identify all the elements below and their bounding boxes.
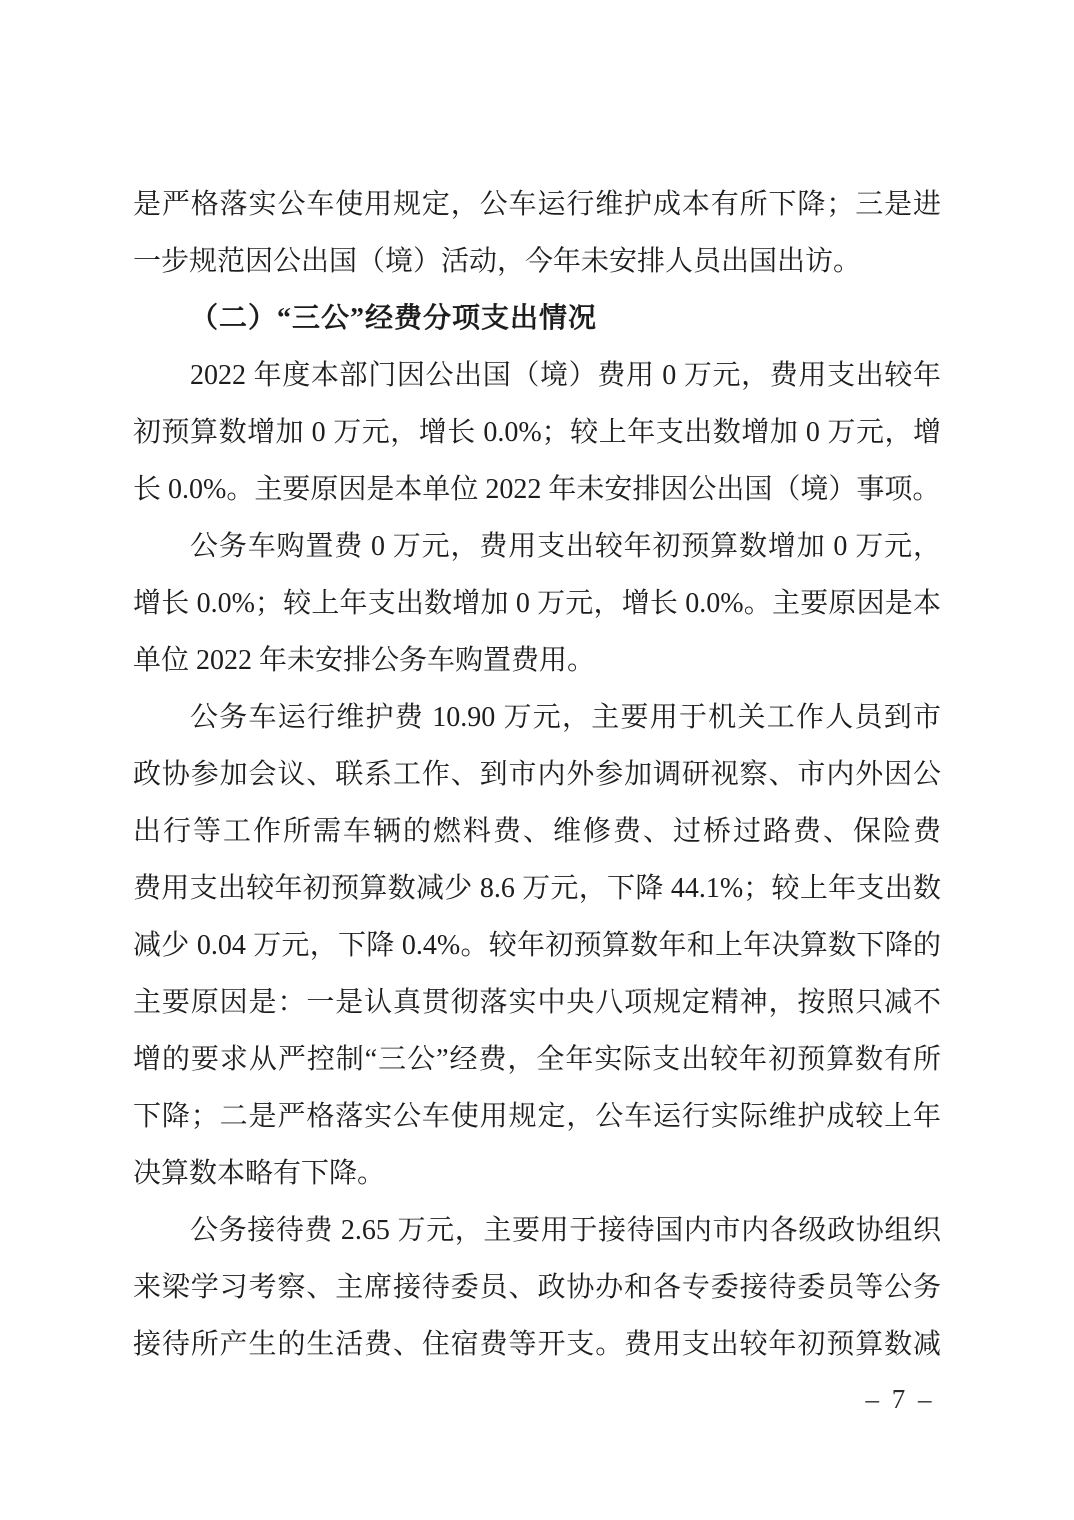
text-line: 增的要求从严控制“三公”经费，全年实际支出较年初预算数有所 [133,1031,941,1088]
text-line: 2022 年度本部门因公出国（境）费用 0 万元，费用支出较年 [133,347,941,404]
text-line: 下降；二是严格落实公车使用规定，公车运行实际维护成较上年 [133,1088,941,1145]
para-vehicle-purchase: 公务车购置费 0 万元，费用支出较年初预算数增加 0 万元，增长 0.0%；较上… [133,518,941,689]
text-line: 决算数本略有下降。 [133,1145,941,1202]
text-line: 来梁学习考察、主席接待委员、政协办和各专委接待委员等公务 [133,1259,941,1316]
document-body: 是严格落实公车使用规定，公车运行维护成本有所下降；三是进一步规范因公出国（境）活… [133,176,941,1373]
text-line: 长 0.0%。主要原因是本单位 2022 年未安排因公出国（境）事项。 [133,461,941,518]
text-line: 是严格落实公车使用规定，公车运行维护成本有所下降；三是进 [133,176,941,233]
text-line: 出行等工作所需车辆的燃料费、维修费、过桥过路费、保险费等。 [133,803,941,860]
text-line: 一步规范因公出国（境）活动，今年未安排人员出国出访。 [133,233,941,290]
text-line: 公务车购置费 0 万元，费用支出较年初预算数增加 0 万元， [133,518,941,575]
text-line: 单位 2022 年未安排公务车购置费用。 [133,632,941,689]
text-line: 政协参加会议、联系工作、到市内外参加调研视察、市内外因公 [133,746,941,803]
page-number: – 7 – [835,1384,965,1415]
text-line: 费用支出较年初预算数减少 8.6 万元，下降 44.1%；较上年支出数 [133,860,941,917]
para-abroad-expense: 2022 年度本部门因公出国（境）费用 0 万元，费用支出较年初预算数增加 0 … [133,347,941,518]
text-line: 公务车运行维护费 10.90 万元，主要用于机关工作人员到市 [133,689,941,746]
text-line: 接待所产生的生活费、住宿费等开支。费用支出较年初预算数减 [133,1316,941,1373]
heading-section-two: （二）“三公”经费分项支出情况 [133,290,941,347]
text-line: 主要原因是：一是认真贯彻落实中央八项规定精神，按照只减不 [133,974,941,1031]
para-carryover-previous-page: 是严格落实公车使用规定，公车运行维护成本有所下降；三是进一步规范因公出国（境）活… [133,176,941,290]
para-vehicle-operation: 公务车运行维护费 10.90 万元，主要用于机关工作人员到市政协参加会议、联系工… [133,689,941,1202]
text-line: 减少 0.04 万元，下降 0.4%。较年初预算数年和上年决算数下降的 [133,917,941,974]
para-official-reception: 公务接待费 2.65 万元，主要用于接待国内市内各级政协组织来梁学习考察、主席接… [133,1202,941,1373]
section-heading-line: （二）“三公”经费分项支出情况 [133,290,941,347]
text-line: 公务接待费 2.65 万元，主要用于接待国内市内各级政协组织 [133,1202,941,1259]
text-line: 增长 0.0%；较上年支出数增加 0 万元，增长 0.0%。主要原因是本 [133,575,941,632]
text-line: 初预算数增加 0 万元，增长 0.0%；较上年支出数增加 0 万元，增 [133,404,941,461]
document-page: 是严格落实公车使用规定，公车运行维护成本有所下降；三是进一步规范因公出国（境）活… [0,0,1074,1520]
